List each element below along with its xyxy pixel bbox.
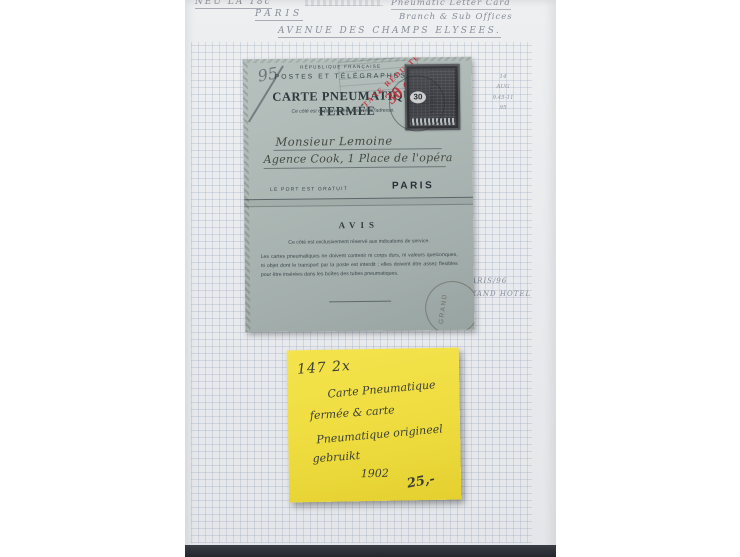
avenue-note: AVENUE DES CHAMPS ELYSEES. [278,26,501,38]
graph-paper-page: NEU LA 18c PARIS Pneumatic Letter Card B… [185,0,556,557]
avis-paragraph: Les cartes pneumatiques ne doivent conte… [261,251,458,280]
note-line: Carte Pneumatique [327,378,436,400]
address-line-2: Agence Cook, 1 Place de l'opéra [264,151,453,166]
card-fold-line [244,197,473,207]
table-edge-strip [185,545,556,557]
postmark-text: GRAND [438,293,449,325]
pneumatic-card: 95 RÉPUBLIQUE FRANÇAISE POSTES ET TÉLÉGR… [243,57,475,332]
faint-date-line: 95 [485,103,521,113]
erased-word-smudge [305,0,383,6]
faint-date-line: 9.45-11 [485,93,521,103]
pneumatic-letter-card-note: Pneumatic Letter Card [391,0,511,10]
note-line: gebruikt [312,449,360,465]
city-note: PARIS [255,9,303,21]
avis-title: AVIS [244,219,473,231]
note-price: 25,- [406,472,436,492]
faint-date-note: 14 AUG 9.45-11 95 [485,72,521,114]
album-page-photo: NEU LA 18c PARIS Pneumatic Letter Card B… [0,0,740,557]
note-line: fermée & carte [309,403,395,422]
address-line-1: Monsieur Lemoine [275,134,392,149]
address-rule [264,166,446,169]
avis-divider [329,301,391,303]
note-year: 1902 [361,467,389,480]
postmark-text: ELYSÉES [428,83,435,115]
port-gratuit-label: LE PORT EST GRATUIT [270,186,348,193]
catalog-reference-note: NEU LA 18c [195,0,272,9]
note-lot-number: 147 2x [297,358,352,378]
faint-date-line: AUG [485,82,521,92]
note-line: Pneumatique origineel [316,422,443,446]
avis-line: Ce côté est exclusivement réservé aux in… [244,238,473,246]
yellow-sticky-note: 147 2x Carte Pneumatique fermée & carte … [287,348,462,503]
branch-sub-offices-note: Branch & Sub Offices [399,12,513,22]
faint-date-line: 14 [485,72,521,82]
paris-label: PARIS [392,180,434,191]
partial-postmark: GRAND [417,273,474,332]
